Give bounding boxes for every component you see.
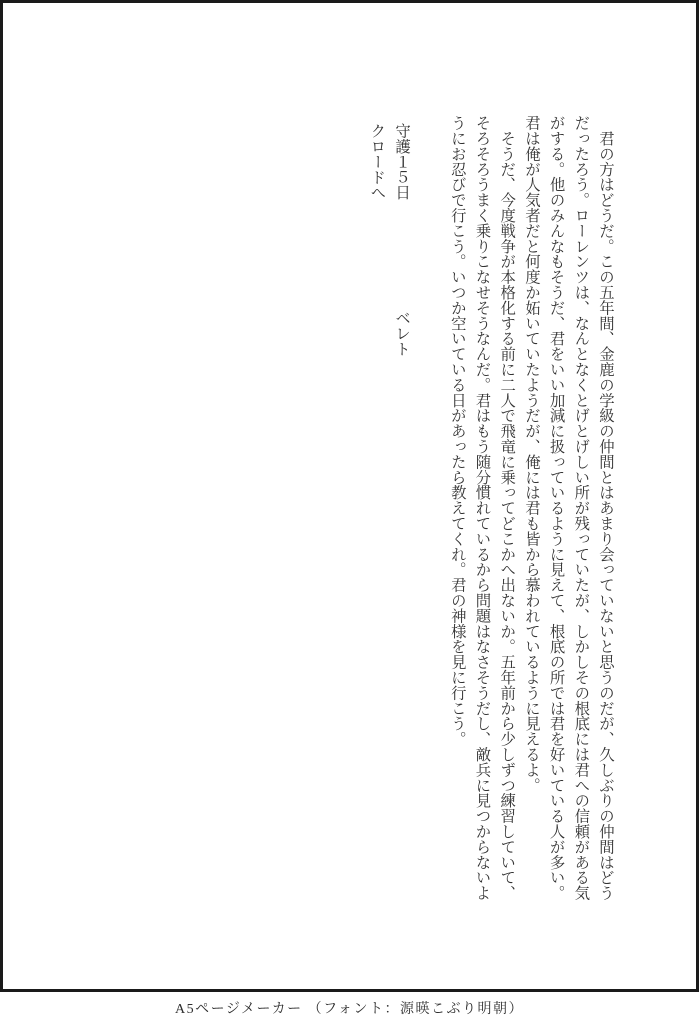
letter-sender-signature: ベレト: [393, 310, 410, 356]
letter-page-frame: 君の方はどうだ。この五年間、金鹿の学級の仲間とはあまり会っていないと思うのだが、…: [0, 0, 699, 992]
letter-column-7: うにお忍びで行こう。いつか空いている日があったら教えてくれ。君の神様を見に行こう…: [444, 115, 469, 910]
signature-spacer: [401, 200, 402, 310]
letter-column-1: 君の方はどうだ。この五年間、金鹿の学級の仲間とはあまり会っていないと思うのだが、…: [592, 115, 617, 910]
letter-column-3: がする。他のみんなもそうだ、君をいい加減に扱っているように見えて、根底の所では君…: [543, 115, 568, 910]
letter-column-4: 君は俺が人気者だと何度か妬いていたようだが、俺には君も皆から慕われているように見…: [518, 115, 543, 910]
date-signature-column: 守護１５日ベレト: [388, 115, 413, 910]
blank-gutter-column: [413, 115, 444, 910]
page-caption: A5ページメーカー （フォント：源暎こぶり明朝）: [0, 998, 699, 1018]
letter-column-5: そうだ、今度戦争が本格化する前に二人で飛竜に乗ってどこかへ出ないか。五年前から少…: [493, 115, 518, 910]
letter-column-6: そろそろうまく乗りこなせそうなんだ。君はもう随分慣れているから問題はなさそうだし…: [469, 115, 494, 910]
letter-column-2: だったろう。ローレンツは、なんとなくとげとげしい所が残っていたが、しかしその根底…: [568, 115, 593, 910]
screenshot-stage: 君の方はどうだ。この五年間、金鹿の学級の仲間とはあまり会っていないと思うのだが、…: [0, 0, 699, 1024]
letter-date: 守護１５日: [393, 123, 410, 200]
recipient-column: クロードへ: [364, 115, 389, 910]
letter-body: 君の方はどうだ。この五年間、金鹿の学級の仲間とはあまり会っていないと思うのだが、…: [364, 115, 617, 910]
